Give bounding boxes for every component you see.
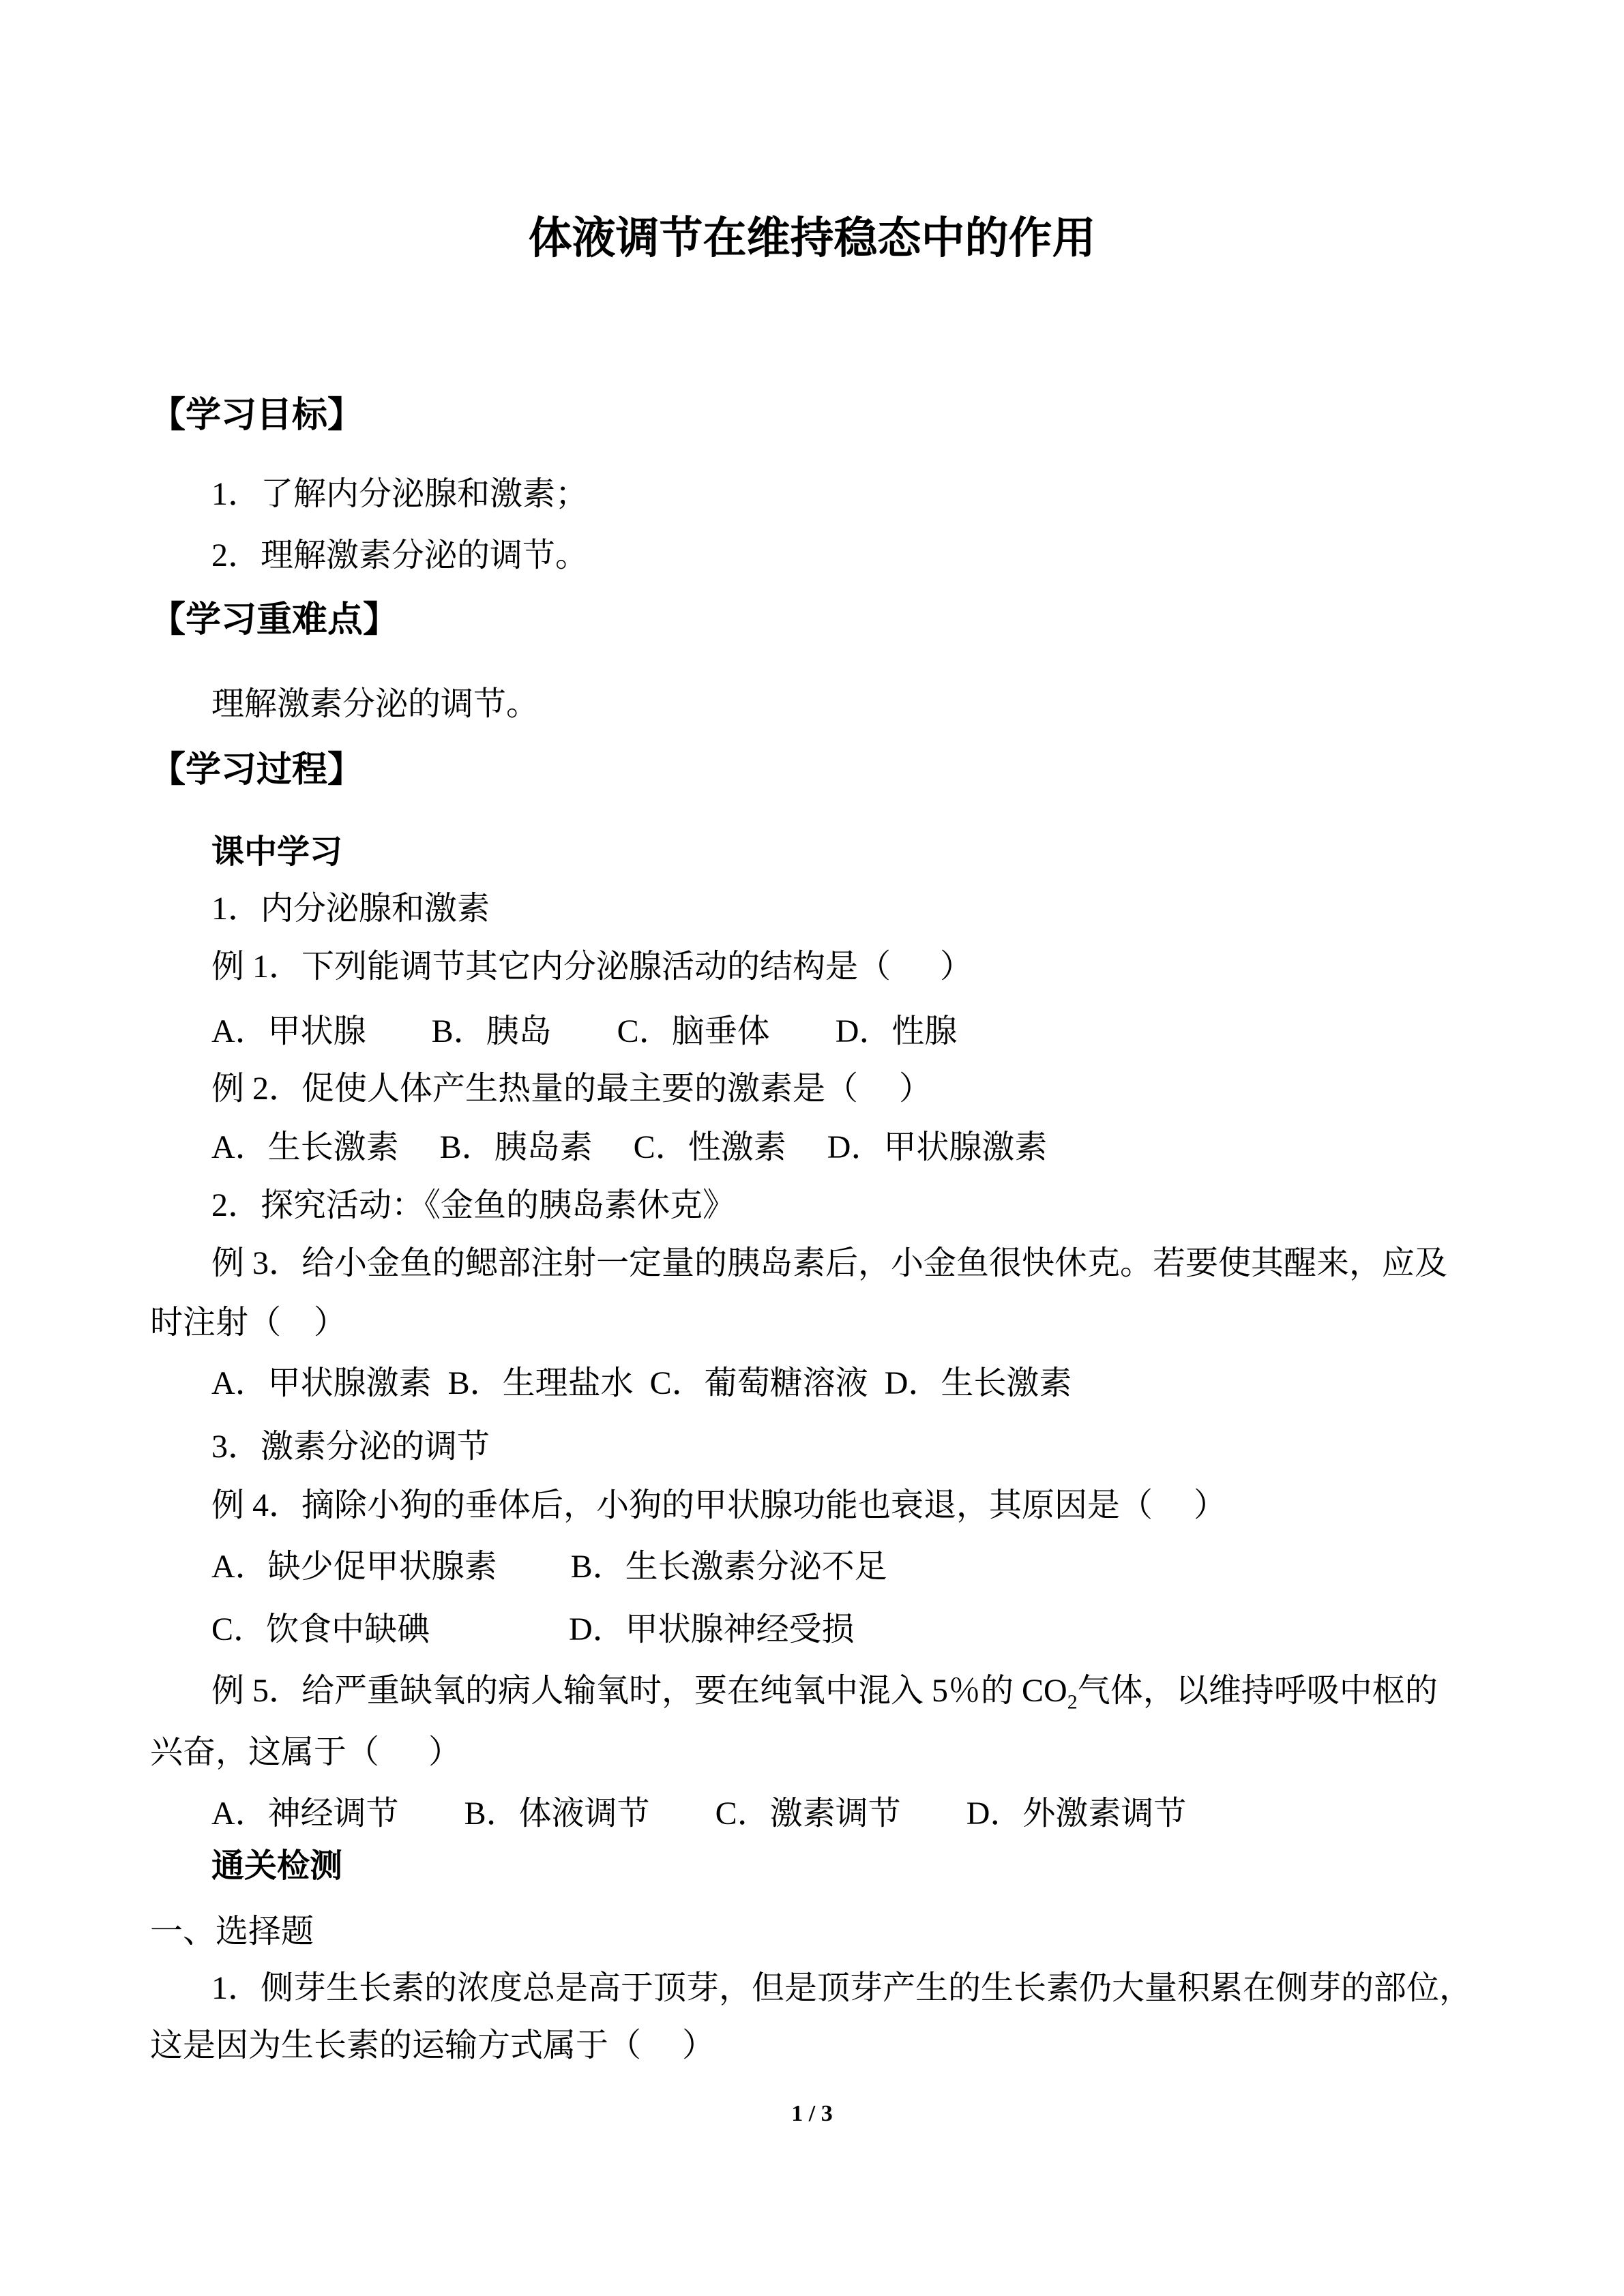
co2-subscript: 2 [1067, 1691, 1078, 1714]
worksheet-page: 体液调节在维持稳态中的作用 【学习目标】 1．了解内分泌腺和激素； 2．理解激素… [0, 0, 1624, 2296]
example5-question-line1: 例 5．给严重缺氧的病人输氧时，要在纯氧中混入 5％的 CO2气体，以维持呼吸中… [150, 1671, 1541, 1712]
example3-options: A．甲状腺激素 B．生理盐水 C．葡萄糖溶液 D．生长激素 [150, 1363, 1541, 1404]
example4-options-cd: C．饮食中缺碘 D．甲状腺神经受损 [150, 1609, 1541, 1650]
example3-question-line2: 时注射（ ） [150, 1302, 1480, 1343]
objectives-item-1: 1．了解内分泌腺和激素； [150, 474, 1541, 515]
example5-text-before-subscript: 例 5．给严重缺氧的病人输氧时，要在纯氧中混入 5％的 CO [211, 1673, 1067, 1709]
objectives-item-2: 2．理解激素分泌的调节。 [150, 535, 1541, 576]
objectives-heading: 【学习目标】 [150, 394, 1480, 438]
example2-question: 例 2．促使人体产生热量的最主要的激素是（ ） [150, 1069, 1541, 1109]
topic-2: 2．探究活动：《金鱼的胰岛素休克》 [150, 1185, 1541, 1226]
example5-question-line2: 兴奋，这属于（ ） [150, 1732, 1480, 1773]
page-number: 1 / 3 [0, 2100, 1624, 2128]
topic-1: 1．内分泌腺和激素 [150, 889, 1541, 929]
example1-options: A．甲状腺 B．胰岛 C．脑垂体 D．性腺 [150, 1011, 1541, 1052]
example4-options-ab: A．缺少促甲状腺素 B．生长激素分泌不足 [150, 1547, 1541, 1587]
pass-check-question1-line2: 这是因为生长素的运输方式属于（ ） [150, 2025, 1480, 2066]
pass-check-section-1: 一、选择题 [150, 1911, 1480, 1952]
example5-text-after-subscript: 气体，以维持呼吸中枢的 [1078, 1673, 1438, 1709]
topic-3: 3．激素分泌的调节 [150, 1427, 1541, 1467]
page-title: 体液调节在维持稳态中的作用 [0, 214, 1624, 263]
example5-options: A．神经调节 B．体液调节 C．激素调节 D．外激素调节 [150, 1793, 1541, 1834]
pass-check-heading: 通关检测 [150, 1846, 1541, 1887]
example1-question: 例 1．下列能调节其它内分泌腺活动的结构是（ ） [150, 946, 1541, 987]
in-class-heading: 课中学习 [150, 832, 1541, 873]
example4-question: 例 4．摘除小狗的垂体后，小狗的甲状腺功能也衰退，其原因是（ ） [150, 1485, 1541, 1526]
key-points-heading: 【学习重难点】 [150, 599, 1480, 642]
example2-options: A．生长激素 B．胰岛素 C．性激素 D．甲状腺激素 [150, 1127, 1541, 1168]
process-heading: 【学习过程】 [150, 749, 1480, 792]
example3-question-line1: 例 3．给小金鱼的鳃部注射一定量的胰岛素后，小金鱼很快休克。若要使其醒来，应及 [150, 1243, 1541, 1284]
key-points-content: 理解激素分泌的调节。 [150, 684, 1541, 725]
pass-check-question1-line1: 1．侧芽生长素的浓度总是高于顶芽，但是顶芽产生的生长素仍大量积累在侧芽的部位， [150, 1968, 1541, 2009]
